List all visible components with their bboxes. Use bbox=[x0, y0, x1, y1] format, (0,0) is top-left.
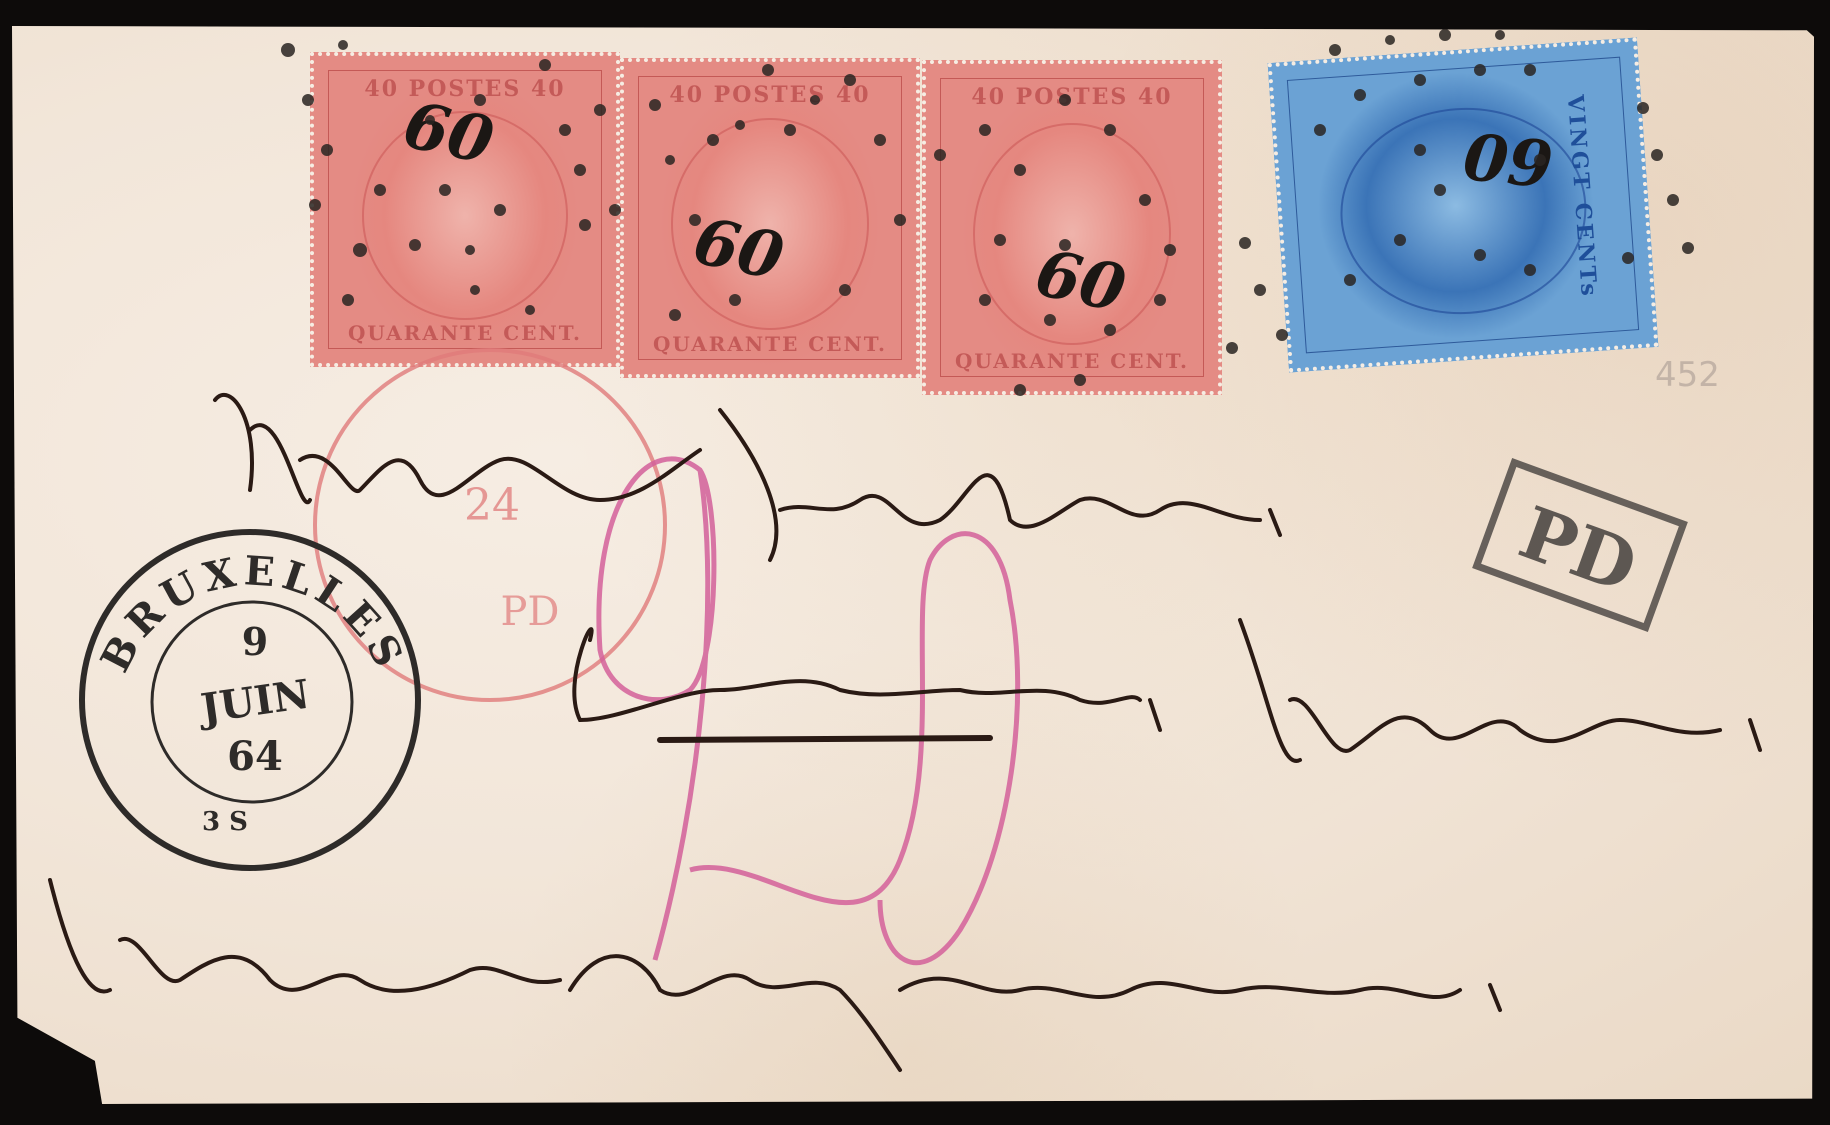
postmark-day: 9 bbox=[242, 619, 268, 664]
postmark-month: JUIN bbox=[195, 671, 313, 733]
red-transit-text: PD bbox=[501, 589, 560, 635]
postmark-time: 3 S bbox=[202, 807, 248, 837]
crayon-rating-mark bbox=[599, 459, 1018, 963]
markings-overlay: 24 PD BRUXELLES 9 JUIN 64 3 S PD bbox=[0, 0, 1830, 1125]
red-transit-day: 24 bbox=[464, 480, 520, 531]
pencil-note: 452 bbox=[1655, 355, 1720, 395]
dot-cancel bbox=[281, 29, 1694, 396]
boxed-pd-postmark: PD bbox=[1477, 463, 1684, 628]
postmark-year: 64 bbox=[227, 733, 283, 780]
svg-text:PD: PD bbox=[1509, 489, 1648, 609]
